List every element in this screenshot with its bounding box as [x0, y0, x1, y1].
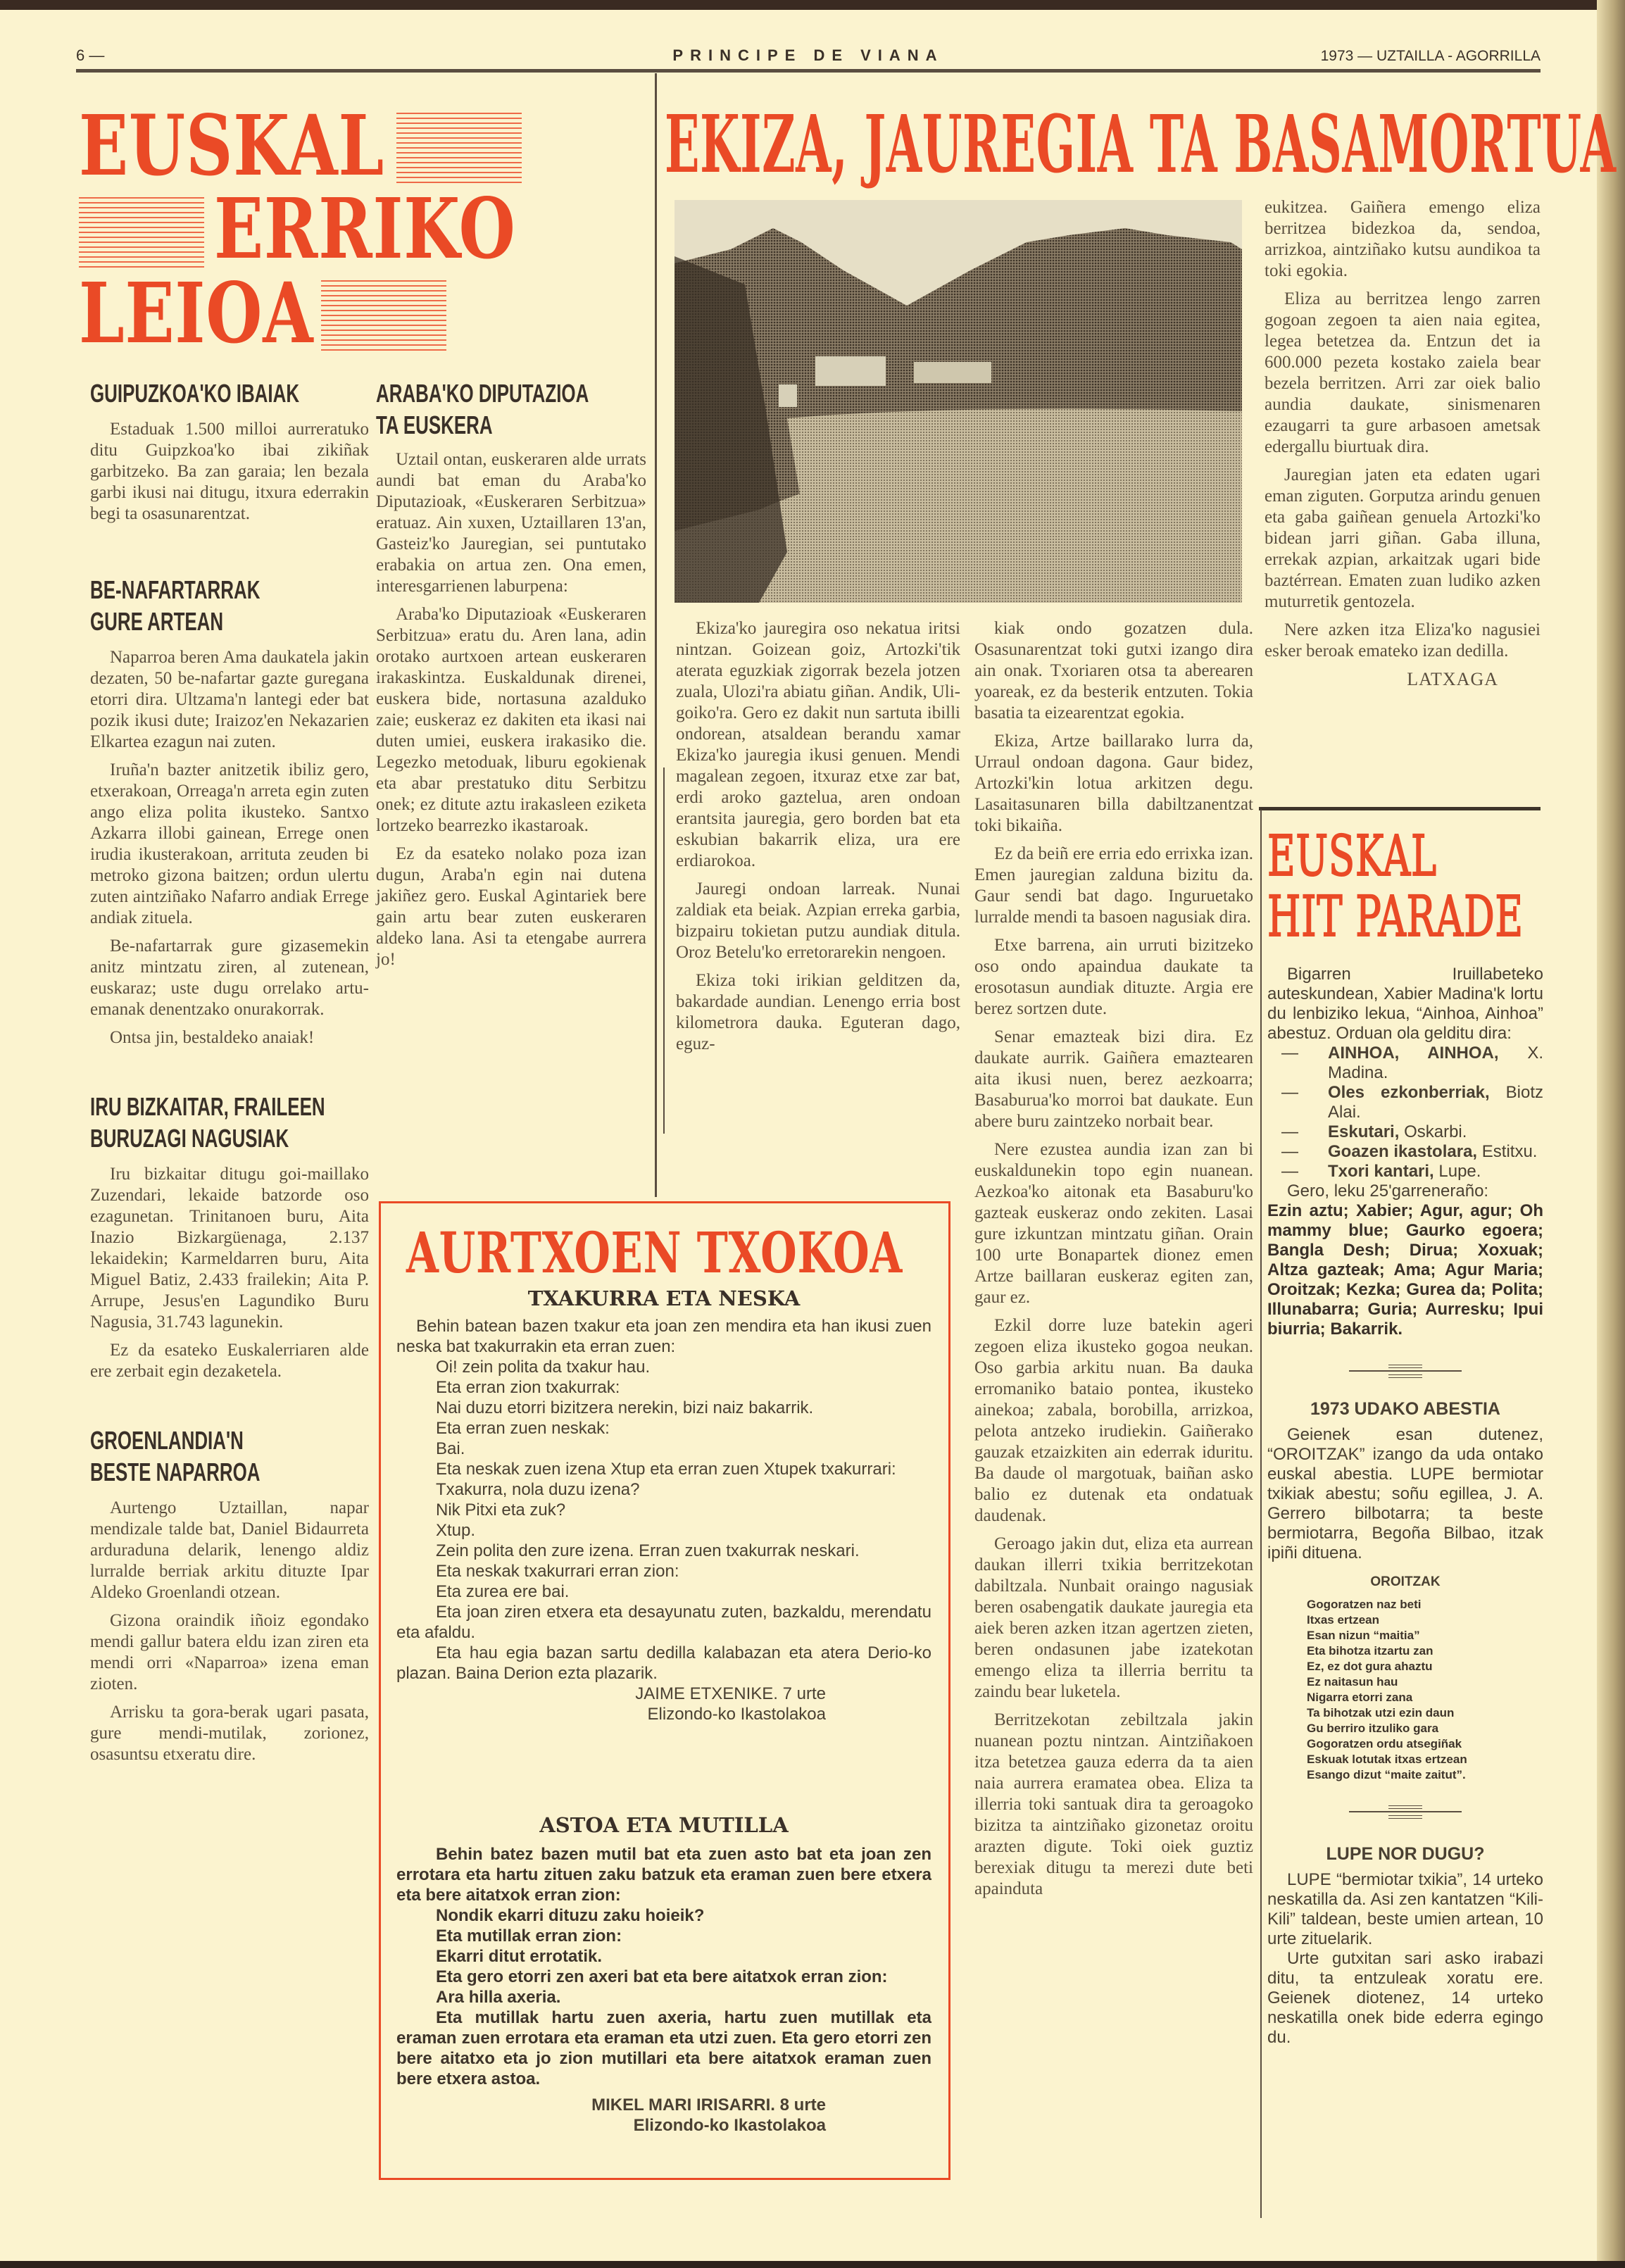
paragraph: Eta joan ziren etxera eta desayunatu zut…	[396, 1602, 931, 1643]
feature-column-1: Ekiza'ko jauregira oso nekatua iritsi ni…	[676, 618, 960, 1062]
lyric-line: Ta bihotzak utzi ezin daun	[1307, 1705, 1543, 1721]
hit-parade-title-line2: HIT PARADE	[1267, 889, 1455, 945]
hit-parade-section: EUSKAL HIT PARADE Bigarren Iruillabeteko…	[1267, 828, 1543, 2048]
article-body: Estaduak 1.500 milloi aurreratuko ditu G…	[90, 419, 369, 525]
dash: —	[1281, 1162, 1328, 1182]
paragraph: Jauregian jaten eta edaten ugari eman zi…	[1265, 465, 1541, 613]
paragraph: Gero, leku 25'garreneraño:	[1267, 1182, 1543, 1201]
landscape-photo-icon	[675, 200, 1242, 603]
paragraph: Eta hau egia bazan sartu dedilla kalabaz…	[396, 1643, 931, 1684]
column-divider	[1260, 810, 1262, 2218]
section-title-block: EUSKAL ERRIKO LEIOA	[76, 99, 653, 352]
lyric-line: Eskuak lotutak itxas ertzean	[1307, 1752, 1543, 1767]
feature-column-3: eukitzea. Gaiñera emengo eliza berritzea…	[1265, 197, 1541, 690]
paragraph: Geroago jakin dut, eliza eta aurrean dau…	[974, 1534, 1253, 1703]
paragraph: Ekiza toki irikian gelditzen da, bakarda…	[676, 970, 960, 1055]
author-name: JAIME ETXENIKE. 7 urte	[396, 1684, 826, 1704]
ranking-item: — Oles ezkonberriak, Biotz Alai.	[1267, 1083, 1543, 1122]
hit-parade-title-line1: EUSKAL	[1267, 828, 1455, 884]
lupe-body: LUPE “bermiotar txikia”, 14 urteko neska…	[1267, 1870, 1543, 2048]
paragraph: Behin batean bazen txakur eta joan zen m…	[396, 1316, 931, 1357]
paragraph: Nik Pitxi eta zuk?	[396, 1500, 931, 1520]
article-headline: GUIPUZKOA'KO IBAIAK	[90, 377, 369, 409]
headline-line: BURUZAGI NAGUSIAK	[90, 1122, 369, 1154]
striped-ornament	[396, 113, 522, 186]
paragraph: LUPE “bermiotar txikia”, 14 urteko neska…	[1267, 1870, 1543, 1949]
lyric-line: Gu berriro itzuliko gara	[1307, 1721, 1543, 1736]
summer-song-body: Geienek esan dutenez, “OROITZAK” izango …	[1267, 1425, 1543, 1563]
paragraph: Eta erran zion txakurrak:	[396, 1377, 931, 1398]
article-headline: IRU BIZKAITAR, FRAILEEN BURUZAGI NAGUSIA…	[90, 1091, 369, 1154]
paragraph: kiak ondo gozatzen dula. Osasunarentzat …	[974, 618, 1253, 724]
lyric-line: Gogoratzen ordu atsegiñak	[1307, 1736, 1543, 1752]
paragraph: Eliza au berritzea lengo zarren gogoan z…	[1265, 289, 1541, 458]
ornament	[1349, 1804, 1462, 1819]
paragraph: Aurtengo Uztaillan, napar mendizale tald…	[90, 1498, 369, 1603]
song-title: Txori kantari,	[1328, 1162, 1434, 1181]
song-title: Oles ezkonberriak,	[1328, 1083, 1490, 1102]
paragraph: Bigarren Iruillabeteko auteskundean, Xab…	[1267, 965, 1543, 1044]
paragraph: Nere azken itza Eliza'ko nagusiei esker …	[1265, 620, 1541, 662]
second-column: ARABA'KO DIPUTAZIOA TA EUSKERA Uztail on…	[376, 377, 646, 977]
artist-name: Oskarbi.	[1404, 1122, 1467, 1141]
dash: —	[1281, 1083, 1328, 1122]
paragraph: Nere ezustea aundia izan zan bi euskaldu…	[974, 1139, 1253, 1308]
paragraph: Ekarri ditut errotatik.	[396, 1946, 931, 1967]
author-name: MIKEL MARI IRISARRI. 8 urte	[396, 2095, 826, 2115]
paragraph: Behin batez bazen mutil bat eta zuen ast…	[396, 1844, 931, 1905]
story-body: Behin batez bazen mutil bat eta zuen ast…	[396, 1844, 931, 2089]
paragraph: Zein polita den zure izena. Erran zuen t…	[396, 1541, 931, 1561]
article-headline: BE-NAFARTARRAK GURE ARTEAN	[90, 574, 369, 637]
ornament-divider	[1267, 1353, 1543, 1389]
author-school: Elizondo-ko Ikastolakoa	[396, 2115, 826, 2136]
dash: —	[1281, 1122, 1328, 1142]
lyric-line: Eta bihotza itzartu zan	[1307, 1643, 1543, 1659]
striped-ornament	[321, 280, 446, 353]
headline-line: BESTE NAPARROA	[90, 1456, 369, 1488]
paragraph: Uztail ontan, euskeraren alde urrats aun…	[376, 449, 646, 597]
paragraph: Araba'ko Diputazioak «Euskeraren Serbitz…	[376, 604, 646, 837]
paragraph: Senar emazteak bizi dira. Ez daukate aur…	[974, 1027, 1253, 1132]
headline-line: BE-NAFARTARRAK	[90, 574, 369, 606]
header-rule	[76, 69, 1541, 73]
scan-right-edge	[1597, 0, 1625, 2268]
ranking-item: — Eskutari, Oskarbi.	[1267, 1122, 1543, 1142]
paragraph: Arrisku ta gora-berak ugari pasata, gure…	[90, 1702, 369, 1765]
paragraph: Eta mutillak hartu zuen axeria, hartu zu…	[396, 2007, 931, 2089]
left-column: GUIPUZKOA'KO IBAIAK Estaduak 1.500 millo…	[90, 377, 369, 1772]
paragraph: Eta neskak zuen izena Xtup eta erran zue…	[396, 1459, 931, 1479]
paragraph: Geienek esan dutenez, “OROITZAK” izango …	[1267, 1425, 1543, 1563]
story-body: Behin batean bazen txakur eta joan zen m…	[396, 1316, 931, 1684]
ranking-item: — AINHOA, AINHOA, X. Madina.	[1267, 1044, 1543, 1083]
paragraph: Urte gutxitan sari asko irabazi ditu, ta…	[1267, 1949, 1543, 2048]
paragraph: Naparroa beren Ama daukatela jakin dezat…	[90, 647, 369, 753]
lyric-line: Itxas ertzean	[1307, 1612, 1543, 1628]
paragraph: Eta mutillak erran zion:	[396, 1926, 931, 1946]
section-title-line3: LEIOA	[79, 272, 313, 355]
author-school: Elizondo-ko Ikastolakoa	[396, 1704, 826, 1724]
story-1: TXAKURRA ETA NESKA Behin batean bazen tx…	[396, 1286, 931, 1724]
artist-name: Lupe.	[1438, 1162, 1481, 1181]
author-signature: LATXAGA	[1265, 669, 1541, 690]
paragraph: Ezkil dorre luze batekin ageri zegoen el…	[974, 1315, 1253, 1527]
paragraph: Bai.	[396, 1439, 931, 1459]
lyric-line: Ez naitasun hau	[1307, 1674, 1543, 1690]
headline-line: ARABA'KO DIPUTAZIOA	[376, 377, 650, 409]
paragraph: Ekiza'ko jauregira oso nekatua iritsi ni…	[676, 618, 960, 872]
paragraph: Xtup.	[396, 1520, 931, 1541]
lyric-line: Esan nizun “maitia”	[1307, 1628, 1543, 1643]
paragraph: Berritzekotan zebiltzala jakin nuanean p…	[974, 1710, 1253, 1900]
story-author: JAIME ETXENIKE. 7 urte Elizondo-ko Ikast…	[396, 1684, 931, 1724]
ranking-list: — AINHOA, AINHOA, X. Madina. — Oles ezko…	[1267, 1044, 1543, 1182]
mountain-valley-palace-photo	[675, 200, 1242, 603]
headline-line: TA EUSKERA	[376, 409, 650, 441]
hit-parade-body: Bigarren Iruillabeteko auteskundean, Xab…	[1267, 965, 1543, 1339]
ranking-item: — Txori kantari, Lupe.	[1267, 1162, 1543, 1182]
article-headline: ARABA'KO DIPUTAZIOA TA EUSKERA	[376, 377, 650, 441]
lyric-line: Gogoratzen naz beti	[1307, 1597, 1543, 1612]
paragraph: Ara hilla axeria.	[396, 1987, 931, 2007]
section-title-line1: EUSKAL	[79, 104, 384, 187]
dash: —	[1281, 1044, 1328, 1083]
section-rule	[1259, 807, 1541, 810]
headline-line: GURE ARTEAN	[90, 606, 369, 637]
article-body: Naparroa beren Ama daukatela jakin dezat…	[90, 647, 369, 1048]
paragraph: Ekiza, Artze baillarako lurra da, Urraul…	[974, 731, 1253, 837]
paragraph: Be-nafartarrak gure gizasemekin anitz mi…	[90, 936, 369, 1020]
paragraph: Ez da beiñ ere erria edo errixka izan. E…	[974, 844, 1253, 928]
lyric-line: Esango dizut “maite zaitut”.	[1307, 1767, 1543, 1783]
paragraph: Etxe barrena, ain urruti bizitzeko oso o…	[974, 935, 1253, 1020]
paragraph: Ez da esateko nolako poza izan dugun, Ar…	[376, 844, 646, 970]
article-headline: GROENLANDIA'N BESTE NAPARROA	[90, 1424, 369, 1488]
article-body: Uztail ontan, euskeraren alde urrats aun…	[376, 449, 646, 970]
feature-headline: EKIZA, JAUREGIA TA BASAMORTUA	[665, 106, 1617, 184]
paragraph: Jauregi ondoan larreak. Nunai zaldiak et…	[676, 879, 960, 963]
lyrics: Gogoratzen naz beti Itxas ertzean Esan n…	[1267, 1597, 1543, 1783]
ranking-item: — Goazen ikastolara, Estitxu.	[1267, 1142, 1543, 1162]
paragraph: Gizona oraindik iñoiz egondako mendi gal…	[90, 1610, 369, 1695]
song-title: Eskutari,	[1328, 1122, 1399, 1141]
paragraph: Iruña'n bazter anitzetik ibiliz gero, et…	[90, 760, 369, 929]
running-header: 6 — PRINCIPE DE VIANA 1973 — UZTAILLA - …	[76, 44, 1541, 72]
paragraph: Ez da esateko Euskalerriaren alde ere ze…	[90, 1340, 369, 1382]
story-2: ASTOA ETA MUTILLA Behin batez bazen muti…	[396, 1813, 931, 2136]
rest-list: Ezin aztu; Xabier; Agur, agur; Oh mammy …	[1267, 1201, 1543, 1339]
paragraph: Iru bizkaitar ditugu goi-maillako Zuzend…	[90, 1164, 369, 1333]
paragraph: eukitzea. Gaiñera emengo eliza berritzea…	[1265, 197, 1541, 282]
column-divider	[663, 768, 665, 1134]
paragraph: Estaduak 1.500 milloi aurreratuko ditu G…	[90, 419, 369, 525]
ornament-divider	[1267, 1794, 1543, 1829]
paragraph: Eta gero etorri zen axeri bat eta bere a…	[396, 1967, 931, 1987]
paragraph: Eta erran zuen neskak:	[396, 1418, 931, 1439]
summer-song-headline: 1973 UDAKO ABESTIA	[1267, 1398, 1543, 1420]
story-title: ASTOA ETA MUTILLA	[396, 1813, 931, 1837]
paragraph: Eta neskak txakurrari erran zion:	[396, 1561, 931, 1581]
song-title: AINHOA, AINHOA,	[1328, 1044, 1499, 1063]
story-author: MIKEL MARI IRISARRI. 8 urte Elizondo-ko …	[396, 2095, 931, 2136]
scan-bottom-edge	[0, 2261, 1625, 2268]
aurtxoen-txokoa-box: AURTXOEN TXOKOA TXAKURRA ETA NESKA Behin…	[379, 1201, 950, 2180]
lupe-headline: LUPE NOR DUGU?	[1267, 1843, 1543, 1865]
article-body: Iru bizkaitar ditugu goi-maillako Zuzend…	[90, 1164, 369, 1382]
headline-line: IRU BIZKAITAR, FRAILEEN	[90, 1091, 369, 1122]
article-body: Aurtengo Uztaillan, napar mendizale tald…	[90, 1498, 369, 1765]
lyric-line: Ez, ez dot gura ahaztu	[1307, 1659, 1543, 1674]
striped-ornament	[79, 197, 204, 270]
song-title: Goazen ikastolara,	[1328, 1142, 1477, 1161]
paragraph: Nondik ekarri dituzu zaku hoieik?	[396, 1905, 931, 1926]
headline-line: GROENLANDIA'N	[90, 1424, 369, 1456]
paragraph: Eta zurea ere bai.	[396, 1581, 931, 1602]
lyrics-title: OROITZAK	[1267, 1572, 1543, 1593]
box-title: AURTXOEN TXOKOA	[406, 1224, 903, 1281]
paragraph: Ontsa jin, bestaldeko anaiak!	[90, 1027, 369, 1048]
feature-column-2: kiak ondo gozatzen dula. Osasunarentzat …	[974, 618, 1253, 1907]
section-title-line2: ERRIKO	[214, 187, 516, 270]
artist-name: Estitxu.	[1482, 1142, 1538, 1161]
column-divider	[655, 73, 657, 1197]
ornament	[1349, 1363, 1462, 1379]
lyric-line: Nigarra etorri zana	[1307, 1690, 1543, 1705]
story-title: TXAKURRA ETA NESKA	[396, 1286, 931, 1310]
issue-date: 1973 — UZTAILLA - AGORRILLA	[1321, 48, 1541, 65]
paragraph: Nai duzu etorri bizitzera nerekin, bizi …	[396, 1398, 931, 1418]
paragraph: Txakurra, nola duzu izena?	[396, 1479, 931, 1500]
dash: —	[1281, 1142, 1328, 1162]
paragraph: Oi! zein polita da txakur hau.	[396, 1357, 931, 1377]
scan-top-edge	[0, 0, 1625, 10]
